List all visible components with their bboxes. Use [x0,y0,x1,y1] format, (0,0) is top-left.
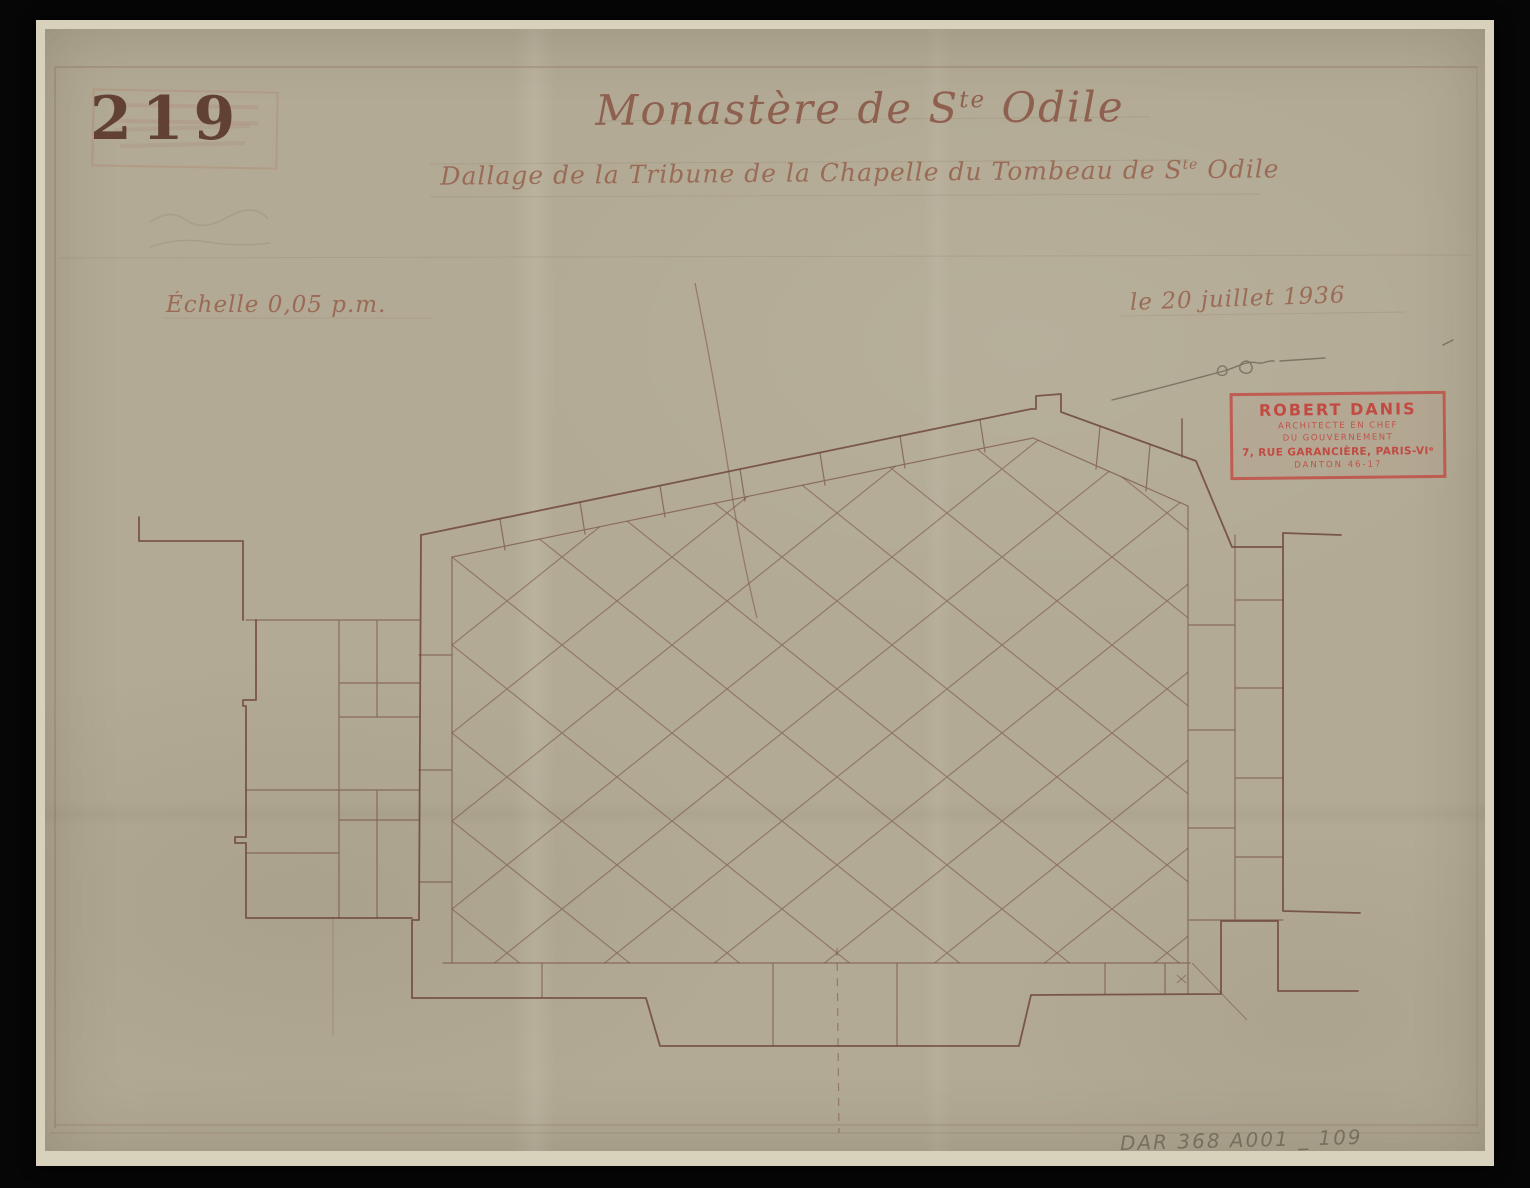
paper-sheet [36,20,1494,1166]
subtitle-tail: Odile [1198,154,1279,184]
archive-number-stamp: 219 [90,84,245,154]
stamp-role-2: DU GOUVERNEMENT [1237,432,1439,444]
subtitle-superscript: te [1183,157,1199,173]
title-text: Monastère de S [595,83,959,135]
stamp-address: 7, RUE GARANCIÈRE, PARIS-VIᵉ [1237,445,1439,459]
title-tail: Odile [986,82,1125,132]
scale-note: Échelle 0,05 p.m. [166,292,386,318]
paper-face [45,29,1485,1151]
title-superscript: te [959,87,986,113]
stamp-name: ROBERT DANIS [1237,399,1439,420]
drawing-title: Monastère de Ste Odile [410,81,1310,136]
stamp-role-1: ARCHITECTE EN CHEF [1237,420,1439,432]
stamp-phone: DANTON 46-17 [1237,459,1439,471]
scanned-document: 219 Monastère de Ste Odile Dallage de la… [0,0,1530,1188]
architect-stamp: ROBERT DANIS ARCHITECTE EN CHEF DU GOUVE… [1230,391,1447,480]
